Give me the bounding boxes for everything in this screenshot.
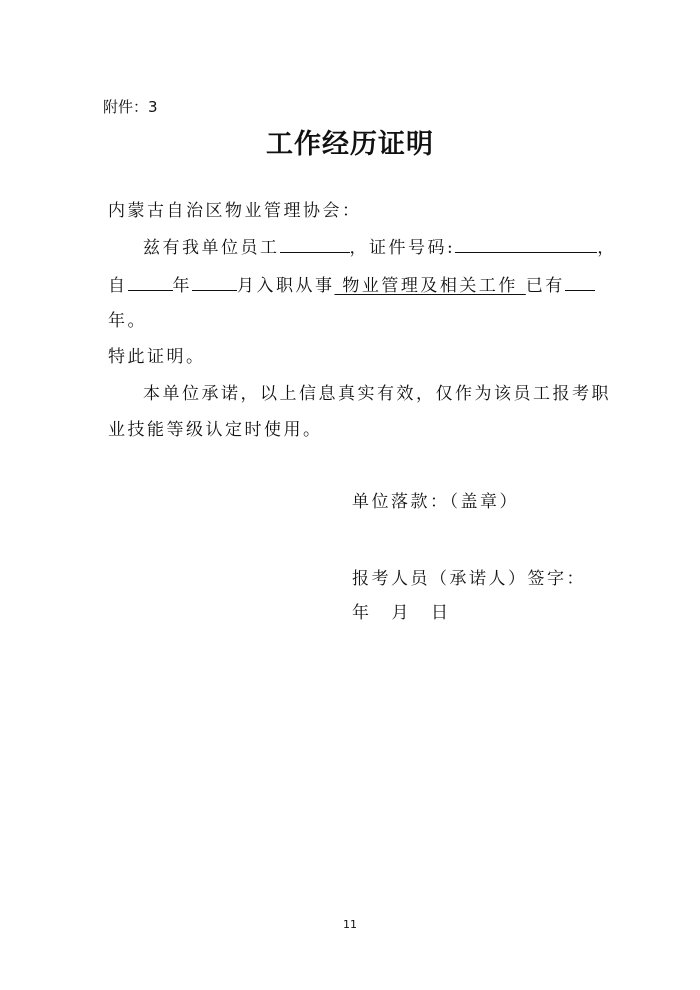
duration-label: 已有 <box>526 276 565 296</box>
id-number-label: 证件号码: <box>369 238 455 258</box>
unit-signature-stamp: 单位落款：（盖章） <box>352 487 519 512</box>
hereby-certify: 特此证明。 <box>108 342 206 367</box>
id-number-blank[interactable] <box>455 235 597 253</box>
comma: ， <box>597 238 617 258</box>
month-join-label: 月入职从事 <box>237 276 335 296</box>
years-blank[interactable] <box>565 273 595 291</box>
addressee: 内蒙古自治区物业管理协会： <box>108 196 362 221</box>
paragraph-employee-info: 兹有我单位员工，证件号码:， <box>143 233 617 258</box>
start-month-blank[interactable] <box>192 273 237 291</box>
start-year-blank[interactable] <box>128 273 173 291</box>
employee-prefix: 兹有我单位员工 <box>143 238 280 258</box>
comma: ， <box>350 238 370 258</box>
year-label: 年 <box>173 276 193 296</box>
date-day-label: 日 <box>431 603 451 623</box>
signature-date: 年月日 <box>352 598 451 623</box>
from-label: 自 <box>108 276 128 296</box>
commitment-line-1: 本单位承诺，以上信息真实有效，仅作为该员工报考职 <box>143 379 611 404</box>
date-month-label: 月 <box>392 603 412 623</box>
paragraph-employment-period: 自年月入职从事 物业管理及相关工作 已有 <box>108 271 595 296</box>
paragraph-years-end: 年。 <box>108 306 147 331</box>
page-number: 11 <box>0 918 700 931</box>
job-description: 物业管理及相关工作 <box>335 276 526 296</box>
applicant-signature: 报考人员（承诺人）签字： <box>352 564 586 589</box>
employee-name-blank[interactable] <box>280 235 350 253</box>
document-title: 工作经历证明 <box>0 122 700 161</box>
attachment-label: 附件：3 <box>103 96 158 117</box>
date-year-label: 年 <box>352 603 372 623</box>
commitment-line-2: 业技能等级认定时使用。 <box>108 415 323 440</box>
